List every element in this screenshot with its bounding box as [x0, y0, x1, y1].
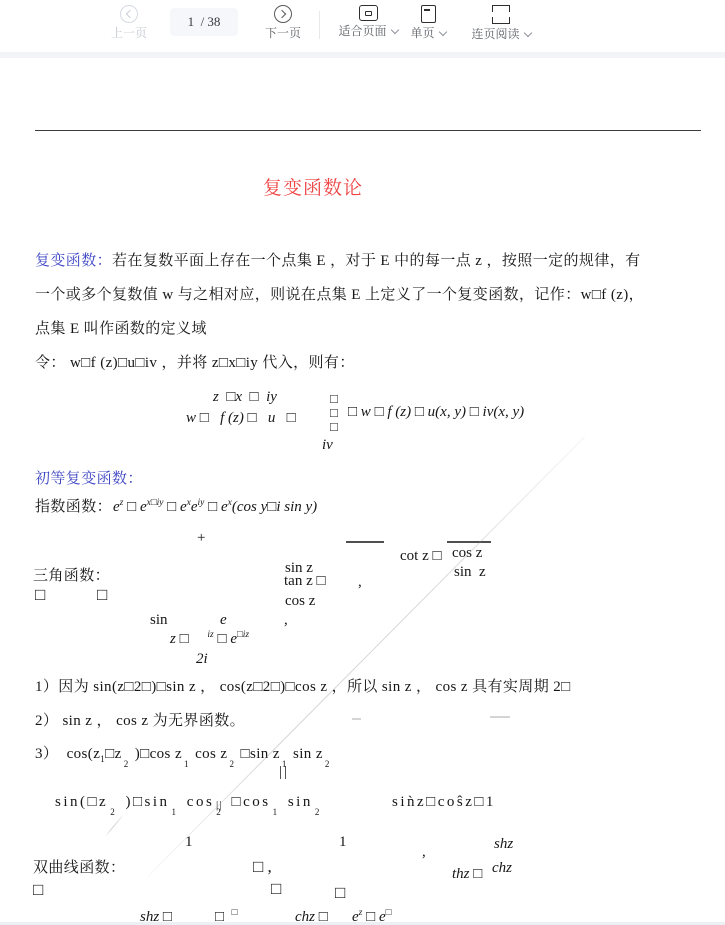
fit-page-button[interactable]: 适合页面	[330, 5, 406, 38]
eq-row1: z □x □ iy	[213, 388, 277, 407]
chevron-down-icon	[523, 28, 531, 36]
continuous-read-label: 连页阅读	[471, 27, 519, 41]
pythagorean-identity: siǹz□coŝz□1	[392, 793, 496, 812]
definition-term: 复变函数：	[35, 253, 112, 269]
definition-line-2: 一个或多个复数值 w 与之相对应，则说在点集 E 上定义了一个复变函数，记作：w…	[35, 286, 644, 305]
hyp-one-b: 1	[339, 833, 347, 852]
scan-artifact-dash-1	[352, 718, 361, 720]
property-2: 2） sin z ， cos z 为无界函数。	[35, 712, 245, 731]
next-page-label: 下一页	[265, 26, 301, 40]
hyp-box-mid-2: □	[335, 882, 345, 903]
horizontal-rule	[35, 130, 701, 131]
hyp-box-comma: □ ,	[253, 856, 272, 877]
e-word: e	[220, 611, 227, 630]
hyp-thz: thz □	[452, 865, 482, 884]
prev-page-button[interactable]: 上一页	[101, 5, 157, 40]
fit-page-label: 适合页面	[338, 24, 386, 38]
circle-chevron-left-icon	[120, 5, 138, 23]
trig-label: 三角函数：	[33, 567, 110, 586]
property-1: 1）因为 sin(z□2□)□sin z ， cos(z□2□)□cos z ，…	[35, 678, 571, 697]
prev-page-label: 上一页	[111, 26, 147, 40]
hyp-box-left: □	[33, 879, 43, 900]
next-page-button[interactable]: 下一页	[255, 5, 311, 40]
trig-plus: +	[197, 529, 205, 548]
sin-denominator: z □ iz □ e□iz	[170, 630, 249, 649]
sin-comma: ,	[284, 611, 288, 630]
let-line: 令： w□f (z)□u□iv ，并将 z□x□iy 代入，则有：	[35, 354, 355, 373]
tan-denominator: cos z	[285, 592, 315, 611]
artifact-bars-1: ||	[279, 763, 289, 782]
document-viewer: 上一页 1 / 38 下一页 适合页面 单页 连页阅读 复变函数论 复变函数：若…	[0, 0, 725, 925]
continuous-read-button[interactable]: 连页阅读	[462, 5, 540, 41]
trig-comma: ,	[358, 573, 362, 592]
two-i: 2i	[196, 650, 208, 669]
single-page-label: 单页	[410, 26, 434, 40]
hyp-comma: ,	[422, 843, 426, 862]
fit-page-icon	[359, 5, 378, 21]
toolbar-divider	[319, 11, 320, 39]
toolbar: 上一页 1 / 38 下一页 适合页面 单页 连页阅读	[0, 0, 725, 52]
trig-fraction-bar	[346, 541, 384, 543]
single-page-button[interactable]: 单页	[404, 5, 452, 40]
property-3: 3） cos(z1□z2 )□cos z1 cos z2 □sin z1 sin…	[35, 745, 332, 764]
cot-fraction-bar	[447, 541, 491, 543]
thz-denominator: chz	[492, 859, 512, 878]
hyperbolic-label: 双曲线函数：	[33, 859, 125, 878]
single-page-icon	[421, 5, 436, 23]
trig-box-1: □	[35, 584, 45, 605]
trig-cot: cot z □	[400, 547, 442, 566]
elementary-heading: 初等复变函数：	[35, 470, 143, 489]
exp-formula: ez □ ex□iy □ exeiy □ ex(cos y□i sin y)	[113, 498, 317, 517]
cot-denominator: sin z	[454, 563, 486, 582]
document-page: 复变函数论 复变函数：若在复数平面上存在一个点集 E ，对于 E 中的每一点 z…	[0, 58, 725, 925]
eq-brace-boxes: □□□	[330, 392, 338, 434]
hyp-box-mid-1: □	[271, 878, 281, 899]
circle-chevron-right-icon	[274, 5, 292, 23]
definition-line-3: 点集 E 叫作函数的定义域	[35, 320, 207, 339]
trig-box-2: □	[97, 584, 107, 605]
scan-artifact-dash-2	[490, 716, 510, 718]
exp-label: 指数函数：	[35, 498, 112, 517]
chevron-down-icon	[390, 25, 398, 33]
chevron-down-icon	[438, 27, 446, 35]
trig-tan: tan z □	[284, 572, 326, 591]
scan-artifact-slash	[106, 815, 124, 836]
sine-addition-line: sin(□z2 )□sin1 cos2 □cos1 sin2	[55, 793, 324, 812]
definition-line-1: 复变函数：若在复数平面上存在一个点集 E ，对于 E 中的每一点 z ，按照一定…	[35, 252, 641, 271]
eq-result: □ w □ f (z) □ u(x, y) □ iv(x, y)	[348, 403, 524, 422]
page-title: 复变函数论	[263, 177, 363, 201]
eq-row3: iv	[322, 436, 333, 455]
eq-row2: w □ f (z) □ u □	[186, 409, 296, 428]
page-number-input[interactable]: 1 / 38	[170, 8, 238, 36]
sin-word: sin	[150, 611, 168, 630]
continuous-read-icon	[492, 5, 510, 24]
thz-numerator: shz	[494, 835, 513, 854]
